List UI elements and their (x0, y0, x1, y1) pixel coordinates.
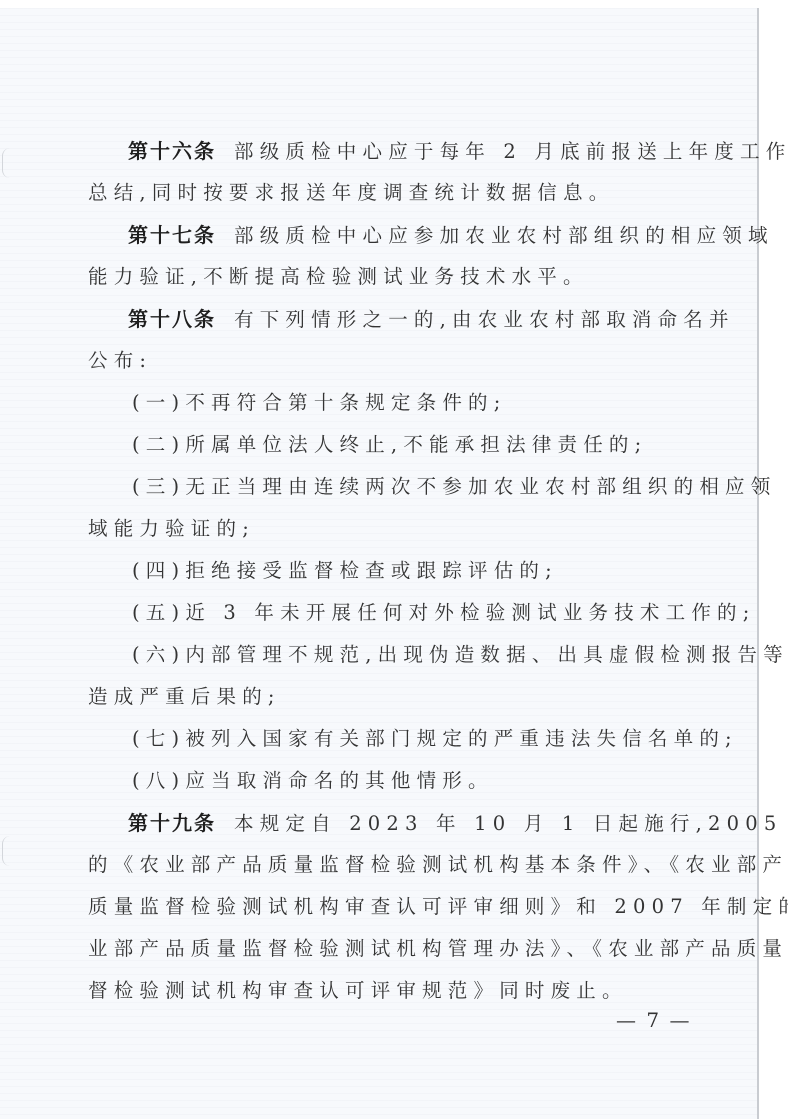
article-17-text-2: 能力验证,不断提高检验测试业务技术水平。 (88, 265, 589, 288)
article-18-line-1: 第十八条有下列情形之一的,由农业农村部取消命名并 (88, 298, 704, 340)
item-8-text: (八)应当取消命名的其他情形。 (132, 769, 494, 792)
article-19-line-4: 业部产品质量监督检验测试机构管理办法》、《农业部产品质量监 (88, 928, 704, 970)
item-6-text-2: 造成严重后果的; (88, 685, 281, 708)
item-6-text-1: (六)内部管理不规范,出现伪造数据、出具虚假检测报告等 (132, 643, 788, 666)
document-body: 第十六条部级质检中心应于每年 2 月底前报送上年度工作 总结,同时按要求报送年度… (88, 130, 704, 1012)
article-17-text-1: 部级质检中心应参加农业农村部组织的相应领域 (234, 224, 774, 247)
article-18-label: 第十八条 (128, 307, 216, 331)
article-18-item-2: (二)所属单位法人终止,不能承担法律责任的; (88, 424, 704, 466)
article-19-text-4: 业部产品质量监督检验测试机构管理办法》、《农业部产品质量监 (88, 937, 788, 960)
item-7-text: (七)被列入国家有关部门规定的严重违法失信名单的; (132, 727, 738, 750)
article-18-item-4: (四)拒绝接受监督检查或跟踪评估的; (88, 550, 704, 592)
item-3-text-1: (三)无正当理由连续两次不参加农业农村部组织的相应领 (132, 475, 776, 498)
item-2-text: (二)所属单位法人终止,不能承担法律责任的; (132, 433, 647, 456)
article-17-label: 第十七条 (128, 223, 216, 247)
punch-hole-mark (2, 836, 13, 866)
article-19-line-1: 第十九条本规定自 2023 年 10 月 1 日起施行,2005 年制定 (88, 802, 704, 844)
item-1-text: (一)不再符合第十条规定条件的; (132, 391, 507, 414)
article-18-item-5: (五)近 3 年未开展任何对外检验测试业务技术工作的; (88, 592, 704, 634)
punch-hole-mark (2, 148, 13, 178)
article-17-line-2: 能力验证,不断提高检验测试业务技术水平。 (88, 256, 704, 298)
article-16-text-2: 总结,同时按要求报送年度调查统计数据信息。 (88, 181, 614, 204)
item-4-text: (四)拒绝接受监督检查或跟踪评估的; (132, 559, 558, 582)
article-19-text-5: 督检验测试机构审查认可评审规范》同时废止。 (88, 979, 628, 1002)
article-16-line-2: 总结,同时按要求报送年度调查统计数据信息。 (88, 172, 704, 214)
article-18-item-3: (三)无正当理由连续两次不参加农业农村部组织的相应领 (88, 466, 704, 508)
article-18-item-6: (六)内部管理不规范,出现伪造数据、出具虚假检测报告等 (88, 634, 704, 676)
article-19-line-2: 的《农业部产品质量监督检验测试机构基本条件》、《农业部产品 (88, 844, 704, 886)
article-19-label: 第十九条 (128, 811, 216, 835)
page-number: — 7 — (616, 1008, 691, 1032)
article-18-line-2: 公布: (88, 340, 704, 382)
item-3-text-2: 域能力验证的; (88, 517, 255, 540)
item-5-text: (五)近 3 年未开展任何对外检验测试业务技术工作的; (132, 601, 756, 624)
document-page: 第十六条部级质检中心应于每年 2 月底前报送上年度工作 总结,同时按要求报送年度… (0, 8, 759, 1119)
article-18-item-3-cont: 域能力验证的; (88, 508, 704, 550)
article-19-line-3: 质量监督检验测试机构审查认可评审细则》和 2007 年制定的《农 (88, 886, 704, 928)
article-18-item-7: (七)被列入国家有关部门规定的严重违法失信名单的; (88, 718, 704, 760)
article-18-text-2: 公布: (88, 349, 152, 372)
article-19-text-3: 质量监督检验测试机构审查认可评审细则》和 2007 年制定的《农 (88, 895, 788, 918)
article-16-label: 第十六条 (128, 139, 216, 163)
article-18-item-8: (八)应当取消命名的其他情形。 (88, 760, 704, 802)
article-18-item-6-cont: 造成严重后果的; (88, 676, 704, 718)
article-18-text-1: 有下列情形之一的,由农业农村部取消命名并 (234, 308, 735, 331)
article-16-text-1: 部级质检中心应于每年 2 月底前报送上年度工作 (234, 140, 788, 163)
article-19-text-2: 的《农业部产品质量监督检验测试机构基本条件》、《农业部产品 (88, 853, 788, 876)
article-17-line-1: 第十七条部级质检中心应参加农业农村部组织的相应领域 (88, 214, 704, 256)
article-18-item-1: (一)不再符合第十条规定条件的; (88, 382, 704, 424)
article-19-line-5: 督检验测试机构审查认可评审规范》同时废止。 (88, 970, 704, 1012)
article-19-text-1: 本规定自 2023 年 10 月 1 日起施行,2005 年制定 (234, 812, 788, 835)
article-16-line-1: 第十六条部级质检中心应于每年 2 月底前报送上年度工作 (88, 130, 704, 172)
